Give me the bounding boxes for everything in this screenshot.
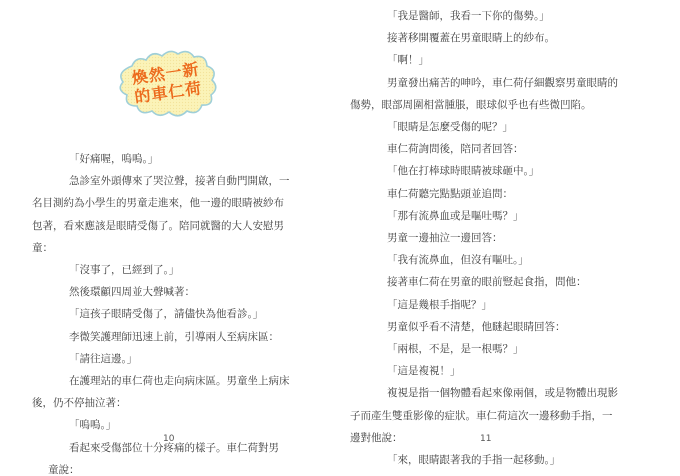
paragraph: 「我是醫師，我看一下你的傷勢。」 xyxy=(366,5,616,27)
paragraph: 「這是複視！」 xyxy=(366,360,616,382)
paragraph: 「沒事了，已經到了。」 xyxy=(48,259,288,281)
paragraph: 「眼睛是怎麼受傷的呢？」 xyxy=(366,116,616,138)
paragraph: 「啊！」 xyxy=(366,49,616,71)
left-page: 煥然一新 的車仁荷 「好痛喔，嗚嗚。」 急診室外頭傳來了哭泣聲，接著自動門開啟，… xyxy=(0,0,340,476)
paragraph: 「這孩子眼睛受傷了，請儘快為他看診。」 xyxy=(48,303,288,325)
right-page-body: 「我是醫師，我看一下你的傷勢。」 接著移開覆蓋在男童眼睛上的紗布。 「啊！」 男… xyxy=(366,5,616,471)
paragraph: 「請往這邊。」 xyxy=(48,348,288,370)
paragraph: 男童一邊抽泣一邊回答： xyxy=(366,227,616,249)
chapter-title-badge: 煥然一新 的車仁荷 xyxy=(112,44,222,122)
paragraph: 李微笑護理師迅速上前，引導兩人至病床區： xyxy=(48,326,288,348)
page-number: 10 xyxy=(163,434,174,444)
paragraph: 「我有流鼻血，但沒有嘔吐。」 xyxy=(366,249,616,271)
paragraph: 「來，眼睛跟著我的手指一起移動。」 xyxy=(366,449,616,471)
paragraph: 「那有流鼻血或是嘔吐嗎？」 xyxy=(366,205,616,227)
page-number: 11 xyxy=(480,434,491,444)
paragraph: 「兩根，不是，是一根嗎？」 xyxy=(366,338,616,360)
paragraph: 急診室外頭傳來了哭泣聲，接著自動門開啟，一名目測約為小學生的男童走進來，他一邊的… xyxy=(32,170,294,259)
paragraph: 「他在打棒球時眼睛被球砸中。」 xyxy=(366,160,616,182)
paragraph: 男童發出痛苦的呻吟，車仁荷仔細觀察男童眼睛的傷勢，眼部周圍相當腫脹，眼球似乎也有… xyxy=(350,72,622,116)
paragraph: 「這是幾根手指呢？」 xyxy=(366,294,616,316)
paragraph: 在護理站的車仁荷也走向病床區。男童坐上病床後，仍不停抽泣著： xyxy=(32,370,294,414)
paragraph: 接著車仁荷在男童的眼前豎起食指，問他： xyxy=(366,271,616,293)
paragraph: 接著移開覆蓋在男童眼睛上的紗布。 xyxy=(366,27,616,49)
paragraph: 車仁荷聽完點點頭並追問： xyxy=(366,183,616,205)
left-page-body: 「好痛喔，嗚嗚。」 急診室外頭傳來了哭泣聲，接著自動門開啟，一名目測約為小學生的… xyxy=(48,148,288,476)
paragraph: 男童似乎看不清楚，他瞇起眼睛回答： xyxy=(366,316,616,338)
paragraph: 「好痛喔，嗚嗚。」 xyxy=(48,148,288,170)
paragraph: 然後環顧四周並大聲喊著： xyxy=(48,281,288,303)
chapter-title: 煥然一新 的車仁荷 xyxy=(107,37,227,130)
paragraph: 車仁荷詢問後，陪同者回答： xyxy=(366,138,616,160)
right-page: 「我是醫師，我看一下你的傷勢。」 接著移開覆蓋在男童眼睛上的紗布。 「啊！」 男… xyxy=(340,0,680,476)
